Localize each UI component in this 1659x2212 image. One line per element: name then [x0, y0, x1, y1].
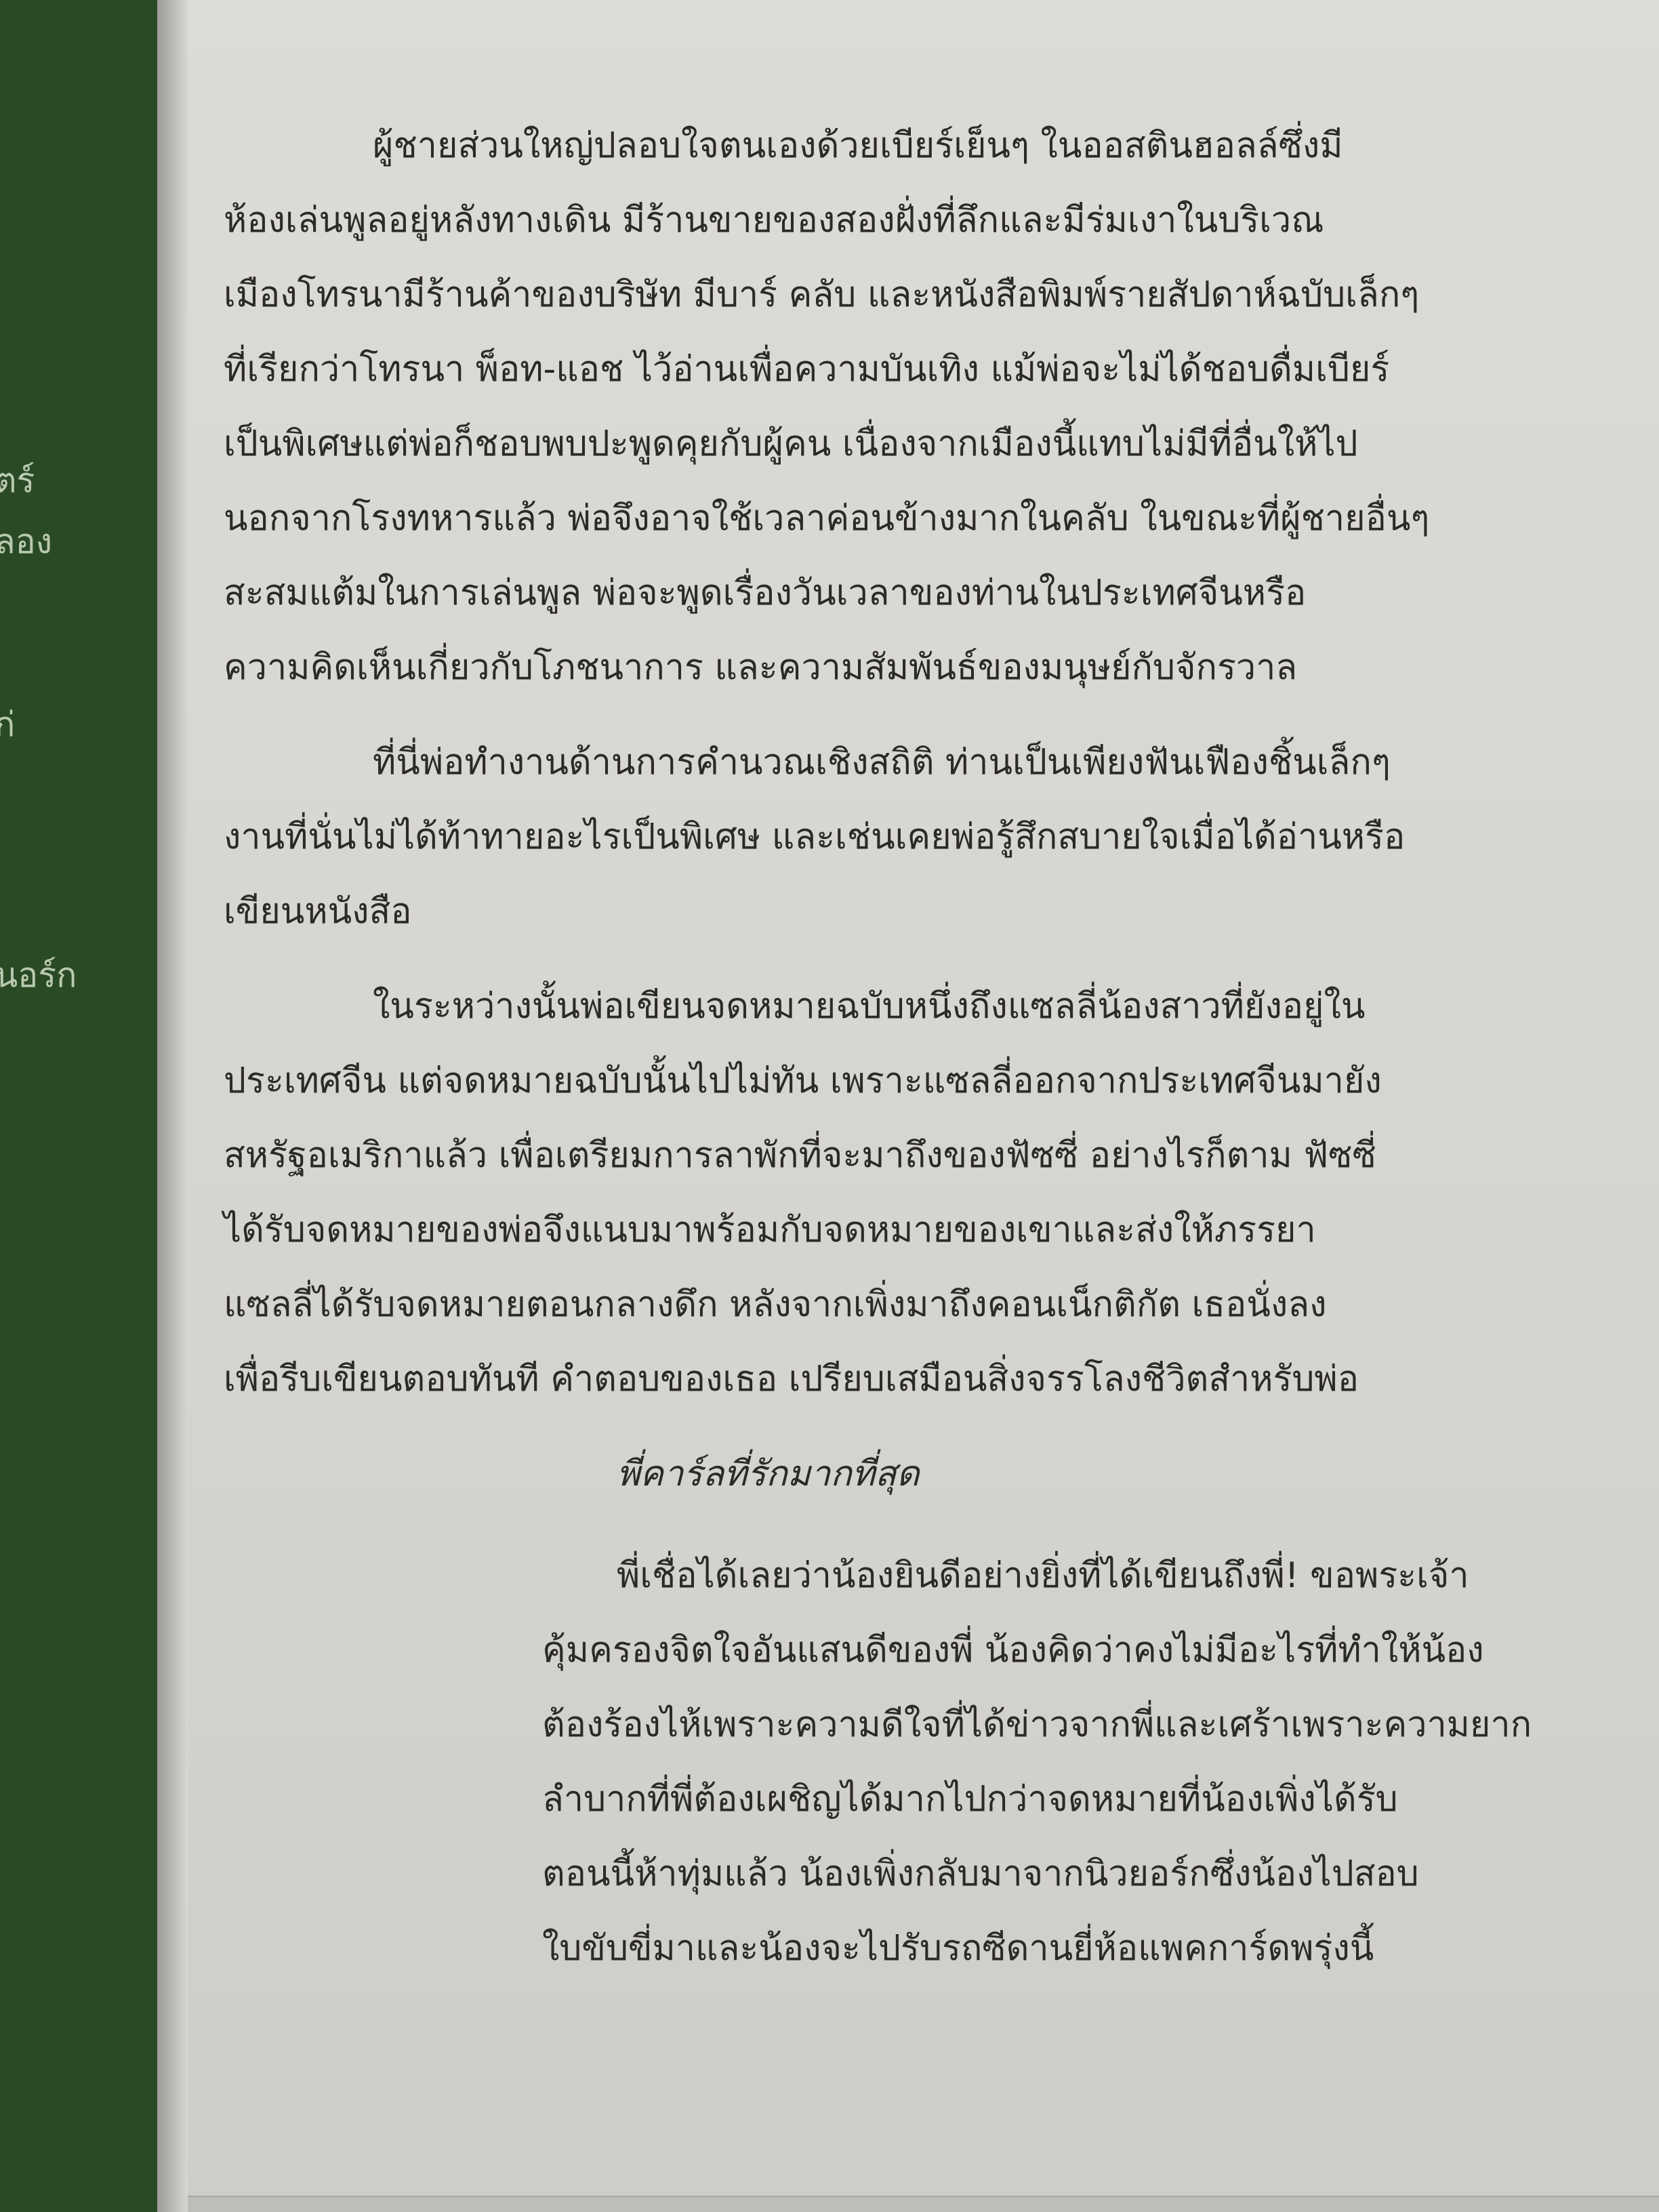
text-line: เมืองโทรนามีร้านค้าของบริษัท มีบาร์ คลับ… — [224, 258, 1545, 332]
page-body-text: ผู้ชายส่วนใหญ่ปลอบใจตนเองด้วยเบียร์เย็นๆ… — [224, 108, 1545, 1986]
letter-line: คุ้มครองจิตใจอันแสนดีของพี่ น้องคิดว่าคง… — [542, 1613, 1545, 1687]
text-line: งานที่นั่นไม่ได้ท้าทายอะไรเป็นพิเศษ และเ… — [224, 800, 1545, 874]
text-line: เขียนหนังสือ — [224, 874, 1545, 949]
text-line: สหรัฐอเมริกาแล้ว เพื่อเตรียมการลาพักที่จ… — [224, 1118, 1545, 1193]
text-line: ความคิดเห็นเกี่ยวกับโภชนาการ และความสัมพ… — [224, 630, 1545, 705]
text-line: ประเทศจีน แต่จดหมายฉบับนั้นไปไม่ทัน เพรา… — [224, 1044, 1545, 1118]
text-line: ที่เรียกว่าโทรนา พ็อท-แอช ไว้อ่านเพื่อคว… — [224, 332, 1545, 407]
text-line: ได้รับจดหมายของพ่อจึงแนบมาพร้อมกับจดหมาย… — [224, 1193, 1545, 1267]
text-line: เพื่อรีบเขียนตอบทันที คำตอบของเธอ เปรียบ… — [224, 1342, 1545, 1416]
page-bottom-edge — [188, 2196, 1659, 2212]
cover-text-fragment: นอร์ก — [0, 949, 77, 1002]
text-line: เป็นพิเศษแต่พ่อก็ชอบพบปะพูดคุยกับผู้คน เ… — [224, 407, 1545, 481]
paragraph-3: ในระหว่างนั้นพ่อเขียนจดหมายฉบับหนึ่งถึงแ… — [224, 969, 1545, 1416]
text-line: ในระหว่างนั้นพ่อเขียนจดหมายฉบับหนึ่งถึงแ… — [224, 969, 1545, 1044]
cover-text-fragment: ตร์ — [0, 454, 35, 508]
paragraph-2: ที่นี่พ่อทำงานด้านการคำนวณเชิงสถิติ ท่าน… — [224, 725, 1545, 949]
quoted-letter: พี่คาร์ลที่รักมากที่สุด พี่เชื่อได้เลยว่… — [542, 1437, 1545, 1986]
text-line: ห้องเล่นพูลอยู่หลังทางเดิน มีร้านขายของส… — [224, 183, 1545, 258]
paragraph-1: ผู้ชายส่วนใหญ่ปลอบใจตนเองด้วยเบียร์เย็นๆ… — [224, 108, 1545, 705]
page-gutter-shadow — [157, 0, 188, 2212]
text-line: สะสมแต้มในการเล่นพูล พ่อจะพูดเรื่องวันเว… — [224, 556, 1545, 630]
cover-text-fragment: ก่ — [0, 698, 15, 752]
book-cover-edge: ตร์ ลอง ก่ นอร์ก — [0, 0, 157, 2212]
text-line: ผู้ชายส่วนใหญ่ปลอบใจตนเองด้วยเบียร์เย็นๆ… — [224, 108, 1545, 183]
text-line: นอกจากโรงทหารแล้ว พ่อจึงอาจใช้เวลาค่อนข้… — [224, 481, 1545, 556]
letter-line: ลำบากที่พี่ต้องเผชิญได้มากไปกว่าจดหมายที… — [542, 1762, 1545, 1837]
letter-line: ใบขับขี่มาและน้องจะไปรับรถซีดานยี่ห้อแพค… — [542, 1911, 1545, 1986]
letter-line: ตอนนี้ห้าทุ่มแล้ว น้องเพิ่งกลับมาจากนิวย… — [542, 1837, 1545, 1911]
text-line: ที่นี่พ่อทำงานด้านการคำนวณเชิงสถิติ ท่าน… — [224, 725, 1545, 800]
letter-line: ต้องร้องไห้เพราะความดีใจที่ได้ข่าวจากพี่… — [542, 1687, 1545, 1762]
letter-salutation: พี่คาร์ลที่รักมากที่สุด — [542, 1437, 1545, 1511]
cover-text-fragment: ลอง — [0, 515, 52, 569]
letter-line: พี่เชื่อได้เลยว่าน้องยินดีอย่างยิ่งที่ได… — [542, 1538, 1545, 1613]
text-line: แซลลี่ได้รับจดหมายตอนกลางดึก หลังจากเพิ่… — [224, 1267, 1545, 1342]
